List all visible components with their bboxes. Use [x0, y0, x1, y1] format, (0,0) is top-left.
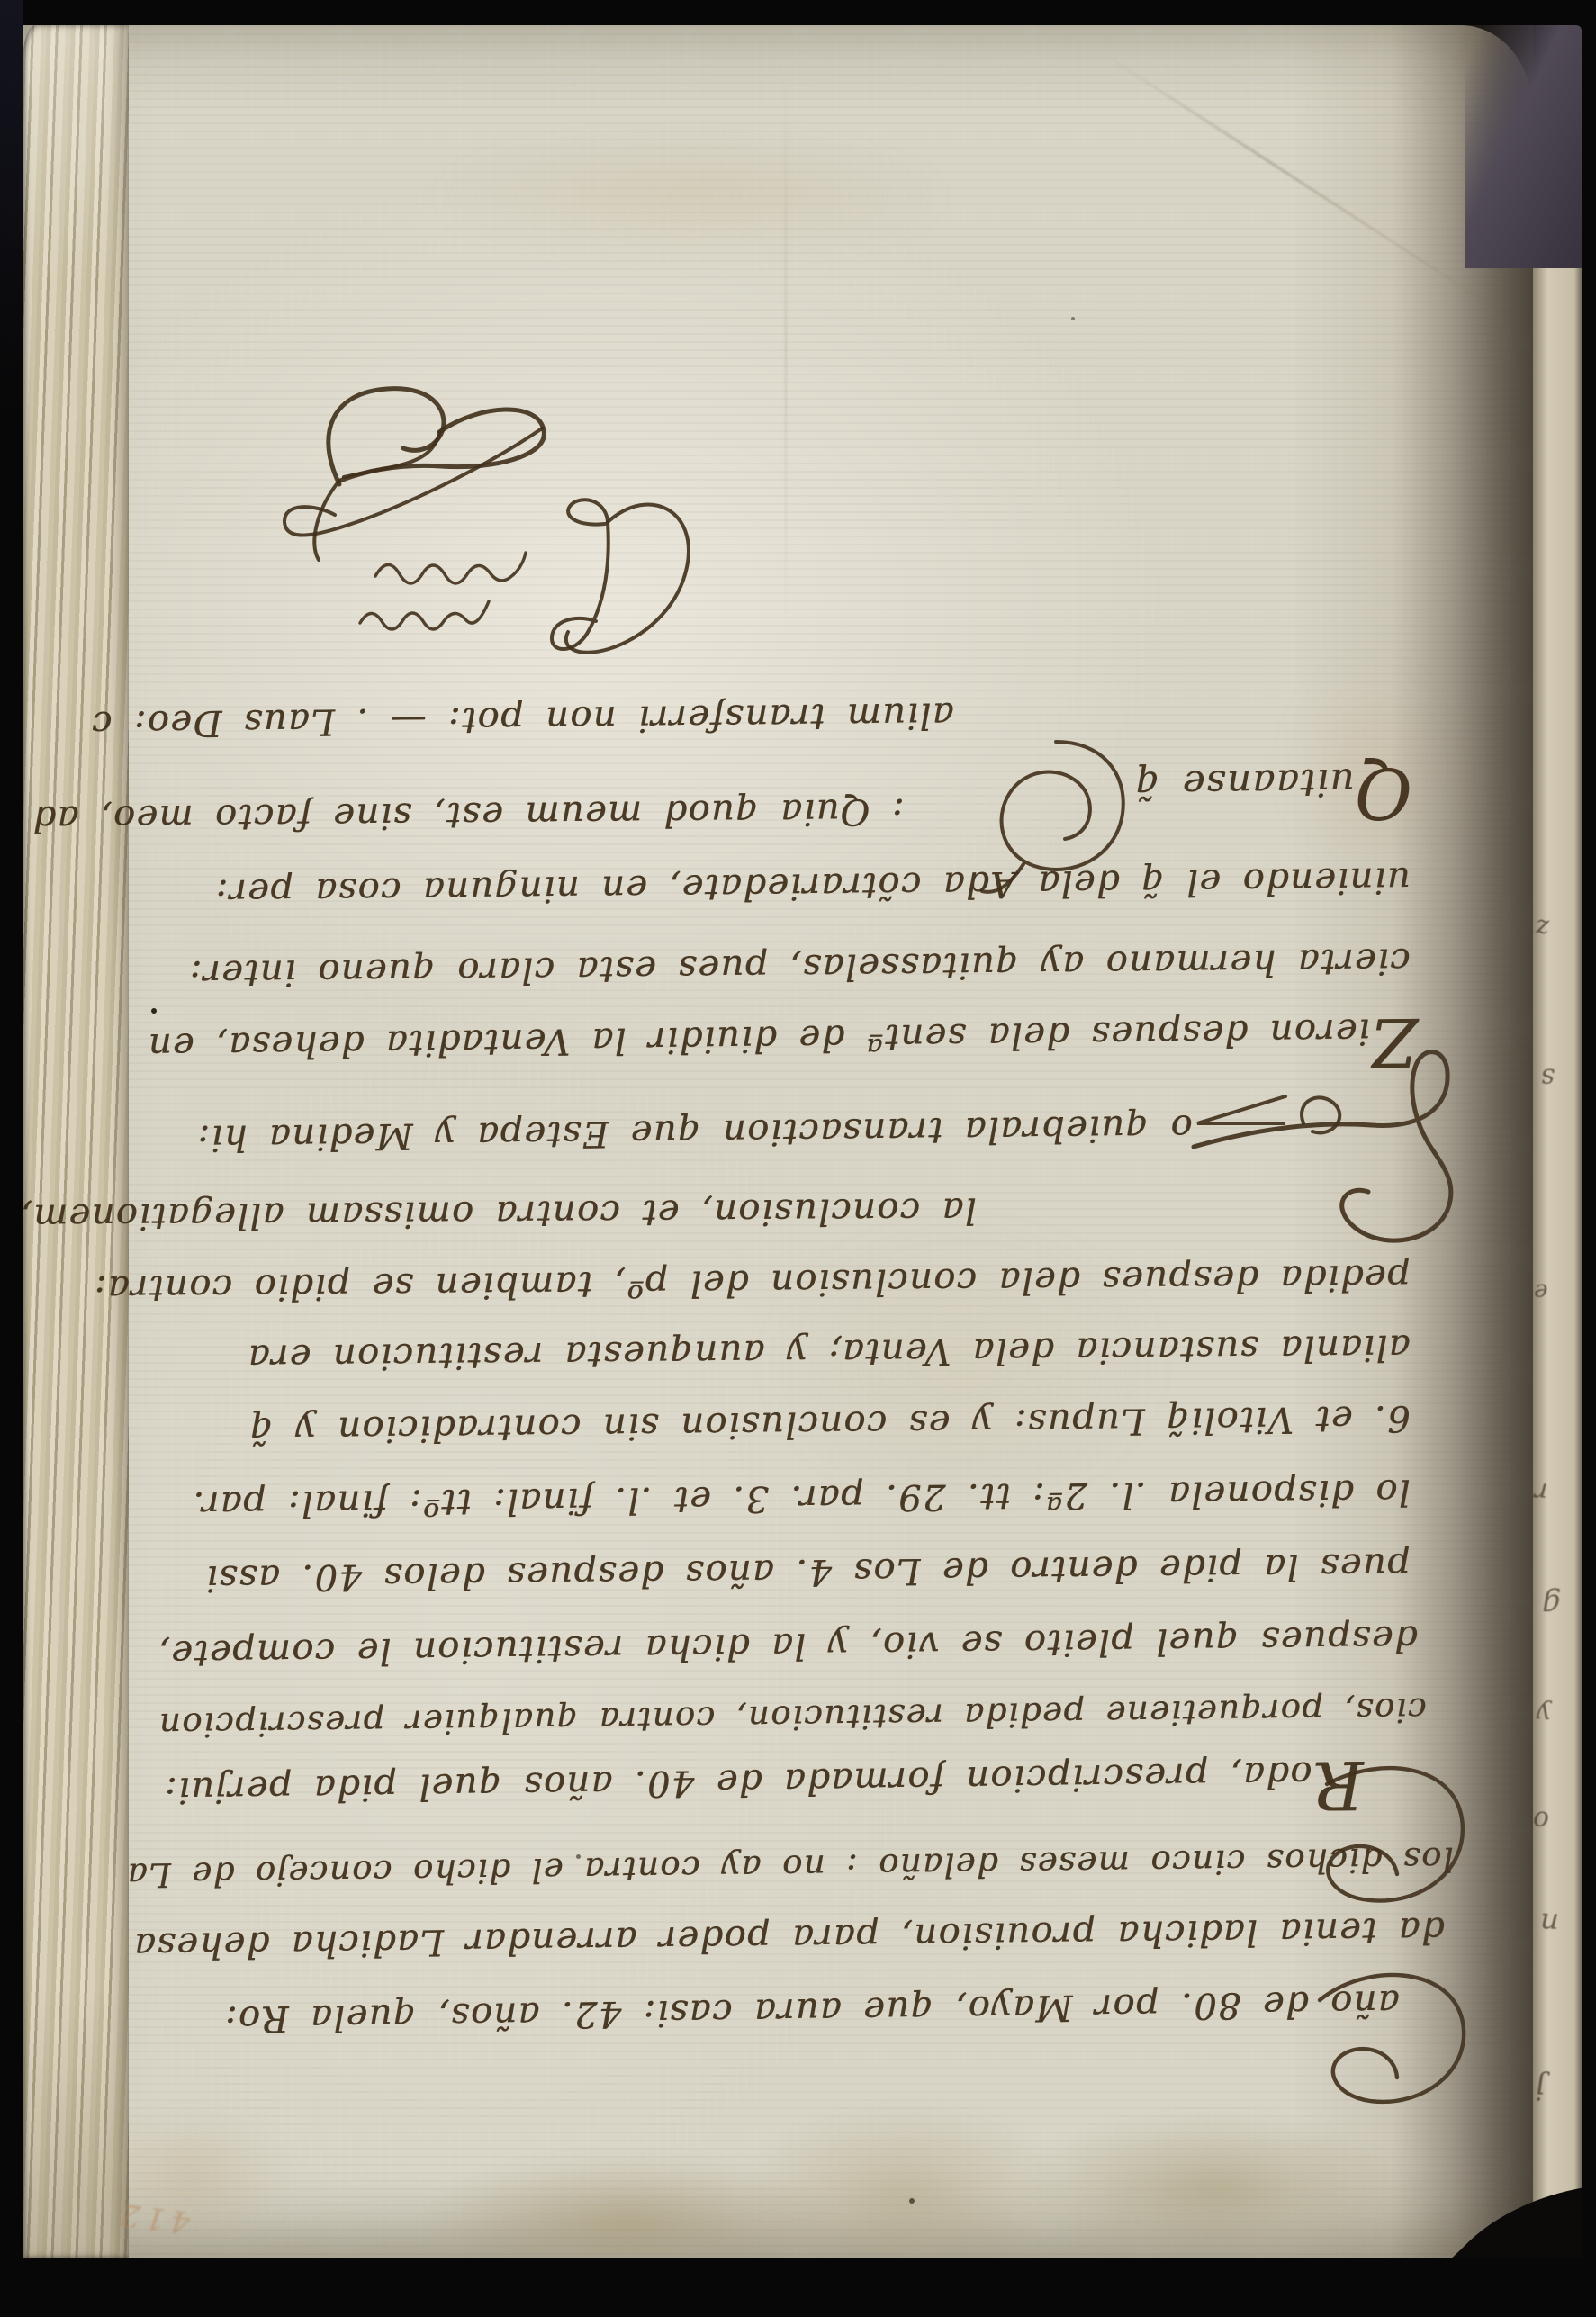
scan-border-bottom — [0, 2258, 1596, 2317]
scan-border-right — [1582, 0, 1596, 2317]
book-block-shadow-band — [1465, 25, 1582, 268]
bleedthrough-glyph: j — [1535, 2070, 1546, 2106]
scan-border-top — [0, 0, 1596, 25]
bleedthrough-glyph: g — [1541, 1587, 1562, 1624]
manuscript-line: Quitaanse q̃ — [1116, 759, 1414, 817]
manuscript-line: la conclusion, et contra omissam allegat… — [313, 1177, 977, 1235]
bleedthrough-glyph: e — [1534, 1278, 1548, 1305]
ink-speck — [151, 1008, 157, 1014]
paper-crease — [785, 54, 787, 648]
bleedthrough-glyph: o — [1533, 1805, 1550, 1836]
signature-rubric — [254, 378, 708, 707]
ink-speck — [909, 2198, 915, 2204]
gutter-fold-shadow — [1391, 25, 1533, 2258]
bleedthrough-glyph: y — [1536, 1699, 1551, 1730]
bleedthrough-glyph: n — [1539, 1906, 1560, 1941]
manuscript-scan: alium transferri non pot: — . Laus Deo: … — [0, 0, 1596, 2317]
abbreviation-flourish — [977, 731, 1134, 911]
bleedthrough-glyph: r — [1534, 1476, 1549, 1509]
scan-border-left — [0, 0, 23, 2317]
bleedthrough-glyph: z — [1535, 914, 1549, 943]
bleedthrough-glyph: s — [1540, 1062, 1555, 1095]
ink-speck — [1071, 317, 1075, 320]
manuscript-line: : Quia quod meum est, sine facto meo, ad — [77, 778, 905, 839]
